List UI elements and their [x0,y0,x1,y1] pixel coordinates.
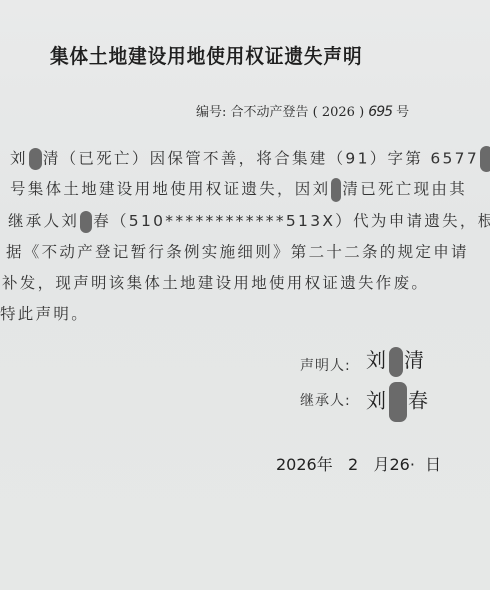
body-line-3: 继承人刘春（510************513X）代为申请遗失，根 [8,209,490,233]
redaction-block [389,347,403,377]
body-line-5: 补发，现声明该集体土地建设用地使用权证遗失作废。 [2,271,429,293]
document-title: 集体土地建设用地使用权证遗失声明 [50,40,362,69]
doc-number-label: 编号: [196,105,226,120]
redaction-block [80,211,92,233]
redaction-block [389,382,407,422]
body-line-2: 号集体土地建设用地使用权证遗失，因刘清已死亡现由其 [10,177,467,202]
doc-number-suffix: 号 [396,105,409,120]
doc-number-handwritten: 695 [368,104,392,120]
declarant-signature: 刘清 [366,344,426,377]
body-line-6: 特此声明。 [0,302,89,324]
body-line-4: 据《不动产登记暂行条例实施细则》第二十二条的规定申请 [6,240,469,262]
document-page: 集体土地建设用地使用权证遗失声明 编号: 合不动产登告 ( 2026 ) 695… [0,0,490,590]
redaction-block [480,146,490,172]
redaction-block [331,178,341,202]
document-number: 编号: 合不动产登告 ( 2026 ) 695 号 [196,101,409,120]
body-line-1: 刘清（已死亡）因保管不善，将合集建（91）字第 6577 [10,146,490,172]
signature-date: 2026年 2 月26· 日 [276,452,441,475]
heir-signature: 刘春 [366,382,430,422]
declarant-label: 声明人: [300,355,351,375]
redaction-block [29,148,42,170]
doc-number-prefix: 合不动产登告 ( 2026 ) [231,105,365,120]
heir-label: 继承人: [300,390,351,410]
